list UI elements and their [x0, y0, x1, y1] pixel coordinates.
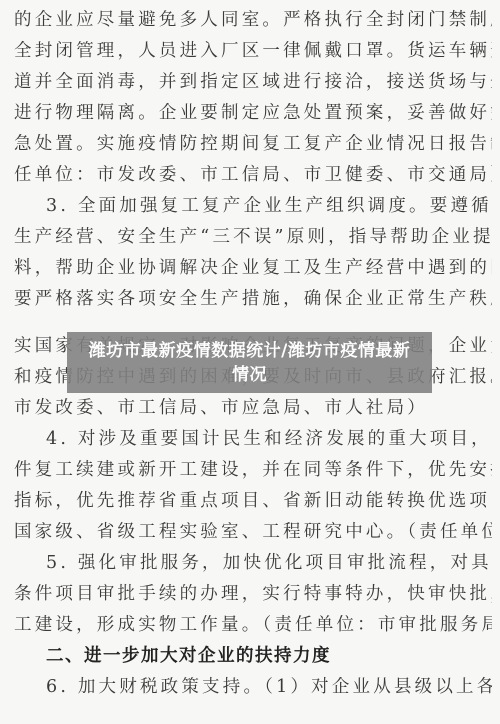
text-line: 急处置。实施疫情防控期间复工复产企业情况日报告制度。（责: [14, 132, 492, 156]
paragraph-5-start: 5. 强化审批服务，加快优化项目审批流程，对具备开工、续建: [46, 551, 492, 575]
text-line: 道并全面消毒，并到指定区域进行接洽，接送货场与生产区域严格: [14, 70, 492, 94]
text-line: 进行物理隔离。企业要制定应急处置预案，妥善做好突发疫情应: [14, 101, 492, 125]
paragraph-6-start: 6. 加大财税政策支持。（1）对企业从县级以上各级人民政府: [46, 675, 492, 699]
text-line: 条件项目审批手续的办理，实行特事特办，快审快批，争取尽快开: [14, 582, 492, 606]
text-line: 件复工续建或新开工建设，并在同等条件下，优先安排能耗、煤耗: [14, 458, 492, 482]
text-line: 任单位：市发改委、市工信局、市卫健委、市交通局）: [14, 163, 492, 187]
text-line: 国家级、省级工程实验室、工程研究中心。（责任单位：市发改委）: [14, 520, 492, 544]
text-line: 的企业应尽量避免多人同室。严格执行全封闭门禁制度，对厂区: [14, 8, 492, 32]
title-banner: 潍坊市最新疫情数据统计/潍坊市疫情最新情况: [67, 332, 432, 393]
text-line: 市发改委、市工信局、市应急局、市人社局）: [14, 396, 492, 420]
text-line: 工建设，形成实物工作量。（责任单位：市审批服务局）: [14, 613, 492, 637]
text-line: 料，帮助企业协调解决企业复工及生产经营中遇到的困难和问题。: [14, 256, 492, 280]
paragraph-3-start: 3. 全面加强复工复产企业生产组织调度。要遵循疫情防控、: [46, 194, 492, 218]
section-heading: 二、进一步加大对企业的扶持力度: [46, 644, 492, 668]
text-line: 全封闭管理，人员进入厂区一律佩戴口罩。货运车辆开辟单独通: [14, 39, 492, 63]
text-line: 要严格落实各项安全生产措施，确保企业正常生产秩序。严格落: [14, 287, 492, 311]
paragraph-4-start: 4. 对涉及重要国计民生和经济发展的重大项目，积极创造条: [46, 427, 492, 451]
text-line: 指标，优先推荐省重点项目、省新旧动能转换优选项目，优先申报: [14, 489, 492, 513]
text-line: 生产经营、安全生产“三不误”原则，指导帮助企业提前备足原材: [14, 225, 492, 249]
banner-title: 潍坊市最新疫情数据统计/潍坊市疫情最新情况: [85, 339, 415, 387]
